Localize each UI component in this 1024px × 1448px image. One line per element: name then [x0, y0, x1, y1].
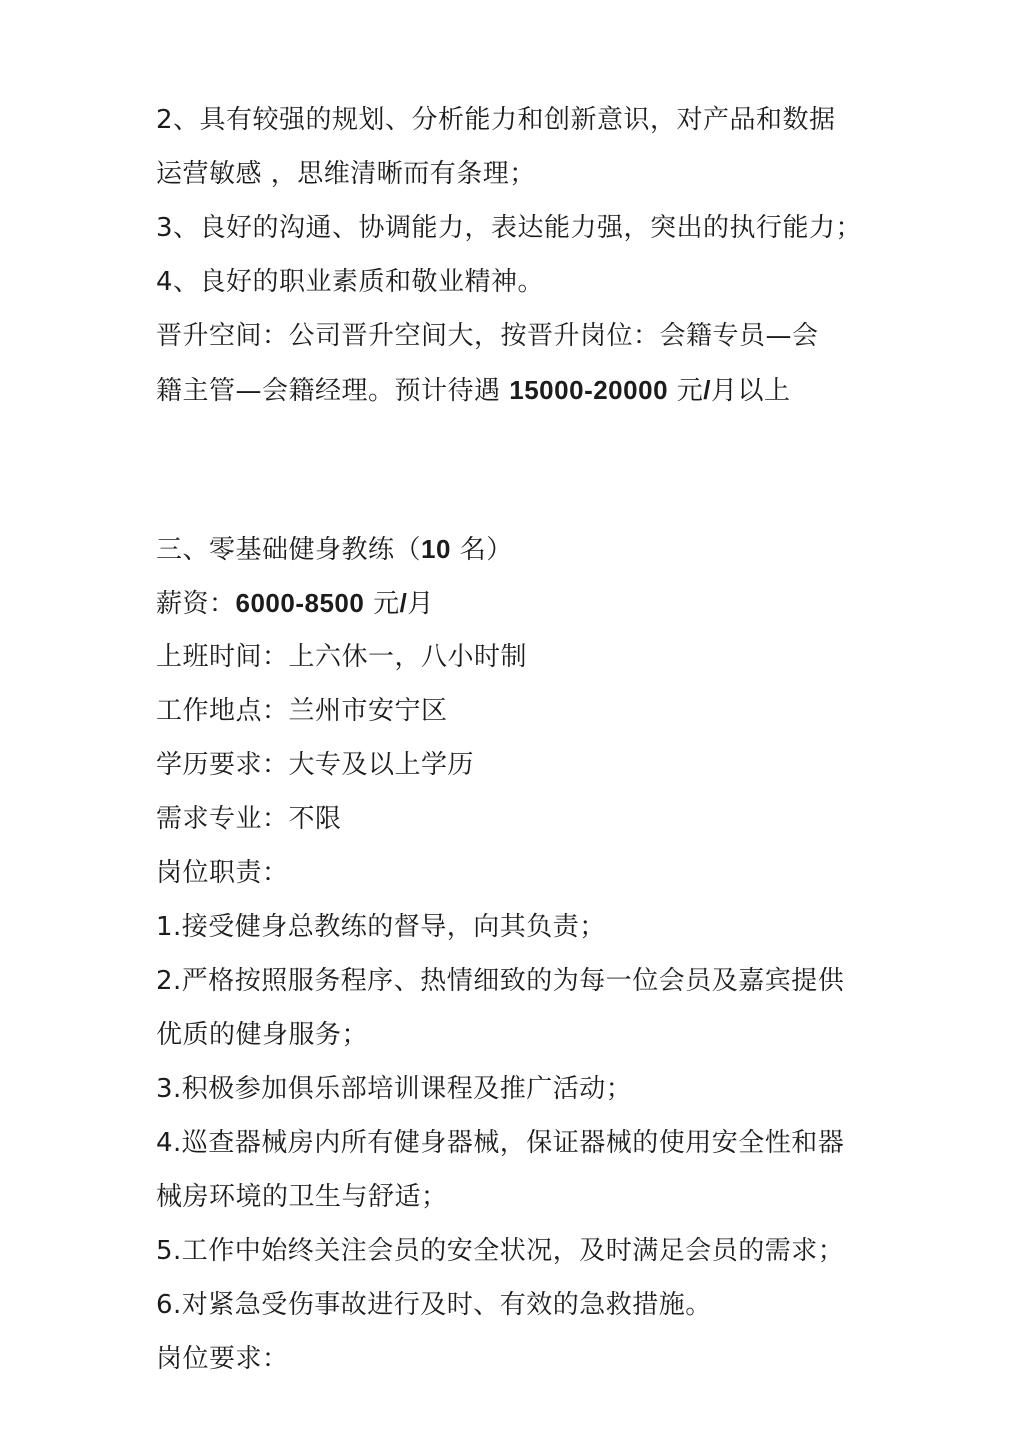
- document-page: 2、具有较强的规划、分析能力和创新意识，对产品和数据 运营敏感 ，思维清晰而有条…: [0, 0, 1024, 1448]
- promotion-slash: /: [703, 375, 711, 405]
- section3-hours: 上班时间：上六休一，八小时制: [156, 640, 527, 674]
- duty-item-3: 3.积极参加俱乐部培训课程及推广活动；: [156, 1072, 632, 1106]
- duty-item-1: 1.接受健身总教练的督导，向其负责；: [156, 910, 606, 944]
- section3-title-text: 三、零基础健身教练（: [156, 535, 421, 565]
- section3-headcount: 10: [421, 534, 451, 564]
- section3-salary: 薪资：6000-8500 元/月: [156, 586, 434, 621]
- section3-location: 工作地点：兰州市安宁区: [156, 694, 448, 728]
- salary-end: 月: [407, 589, 434, 619]
- section3-title-suffix: 名）: [451, 535, 513, 565]
- section3-education: 学历要求：大专及以上学历: [156, 748, 474, 782]
- promotion-line2: 籍主管—会籍经理。预计待遇 15000-20000 元/月以上: [156, 373, 791, 408]
- duty-item-6: 6.对紧急受伤事故进行及时、有效的急救措施。: [156, 1288, 712, 1322]
- duty-item-5: 5.工作中始终关注会员的安全状况，及时满足会员的需求；: [156, 1234, 844, 1268]
- salary-unit: 元: [364, 589, 399, 619]
- salary-label: 薪资：: [156, 589, 236, 619]
- promotion-salary-amount: 15000-20000: [509, 375, 668, 405]
- promotion-line1: 晋升空间：公司晋升空间大，按晋升岗位：会籍专员—会: [156, 319, 819, 353]
- section3-title: 三、零基础健身教练（10 名）: [156, 532, 513, 567]
- promotion-text: 籍主管—会籍经理。预计待遇: [156, 376, 509, 406]
- section3-major: 需求专业：不限: [156, 802, 342, 836]
- requirement-item-4: 4、良好的职业素质和敬业精神。: [156, 265, 544, 299]
- promotion-unit: 元: [668, 376, 703, 406]
- requirement-item-2-line1: 2、具有较强的规划、分析能力和创新意识，对产品和数据: [156, 103, 836, 137]
- duty-item-4-line1: 4.巡查器械房内所有健身器械，保证器械的使用安全性和器: [156, 1126, 844, 1160]
- salary-amount: 6000-8500: [236, 588, 365, 618]
- promotion-end: 月以上: [711, 376, 791, 406]
- duty-item-2-line2: 优质的健身服务；: [156, 1018, 368, 1052]
- requirement-item-3: 3、良好的沟通、协调能力，表达能力强，突出的执行能力；: [156, 211, 862, 245]
- duties-heading: 岗位职责：: [156, 856, 289, 890]
- duty-item-4-line2: 械房环境的卫生与舒适；: [156, 1180, 448, 1214]
- requirements-heading: 岗位要求：: [156, 1342, 289, 1376]
- duty-item-2-line1: 2.严格按照服务程序、热情细致的为每一位会员及嘉宾提供: [156, 964, 844, 998]
- requirement-item-2-line2: 运营敏感 ，思维清晰而有条理；: [156, 157, 536, 191]
